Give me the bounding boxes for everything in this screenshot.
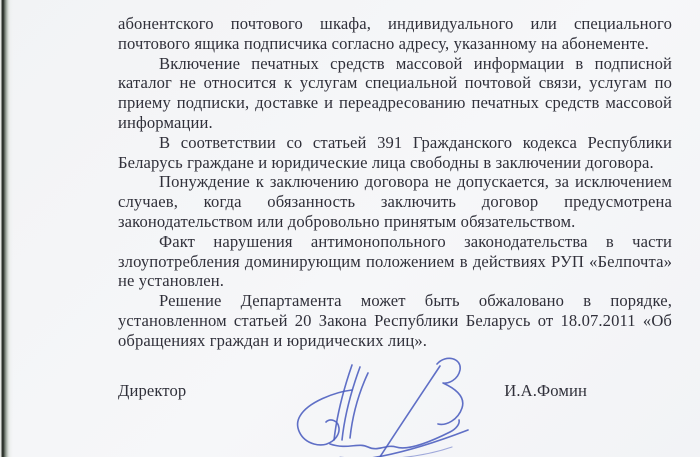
document-body: абонентского почтового шкафа, индивидуал… bbox=[118, 14, 672, 351]
handwritten-signature-ink bbox=[280, 350, 480, 457]
paragraph: Понуждение к заключению договора не допу… bbox=[118, 172, 672, 231]
paragraph: Факт нарушения антимонопольного законода… bbox=[118, 232, 672, 291]
paragraph: Включение печатных средств массовой инфо… bbox=[118, 54, 672, 133]
scan-edge-artifact bbox=[0, 0, 13, 457]
scanned-document-page: абонентского почтового шкафа, индивидуал… bbox=[0, 0, 700, 457]
signoff-name: И.А.Фомин bbox=[504, 381, 587, 401]
paragraph: Решение Департамента может быть обжалова… bbox=[118, 291, 672, 350]
signoff-title: Директор bbox=[118, 381, 186, 401]
paragraph: абонентского почтового шкафа, индивидуал… bbox=[118, 14, 672, 54]
paragraph: В соответствии со статьей 391 Гражданско… bbox=[118, 133, 672, 173]
